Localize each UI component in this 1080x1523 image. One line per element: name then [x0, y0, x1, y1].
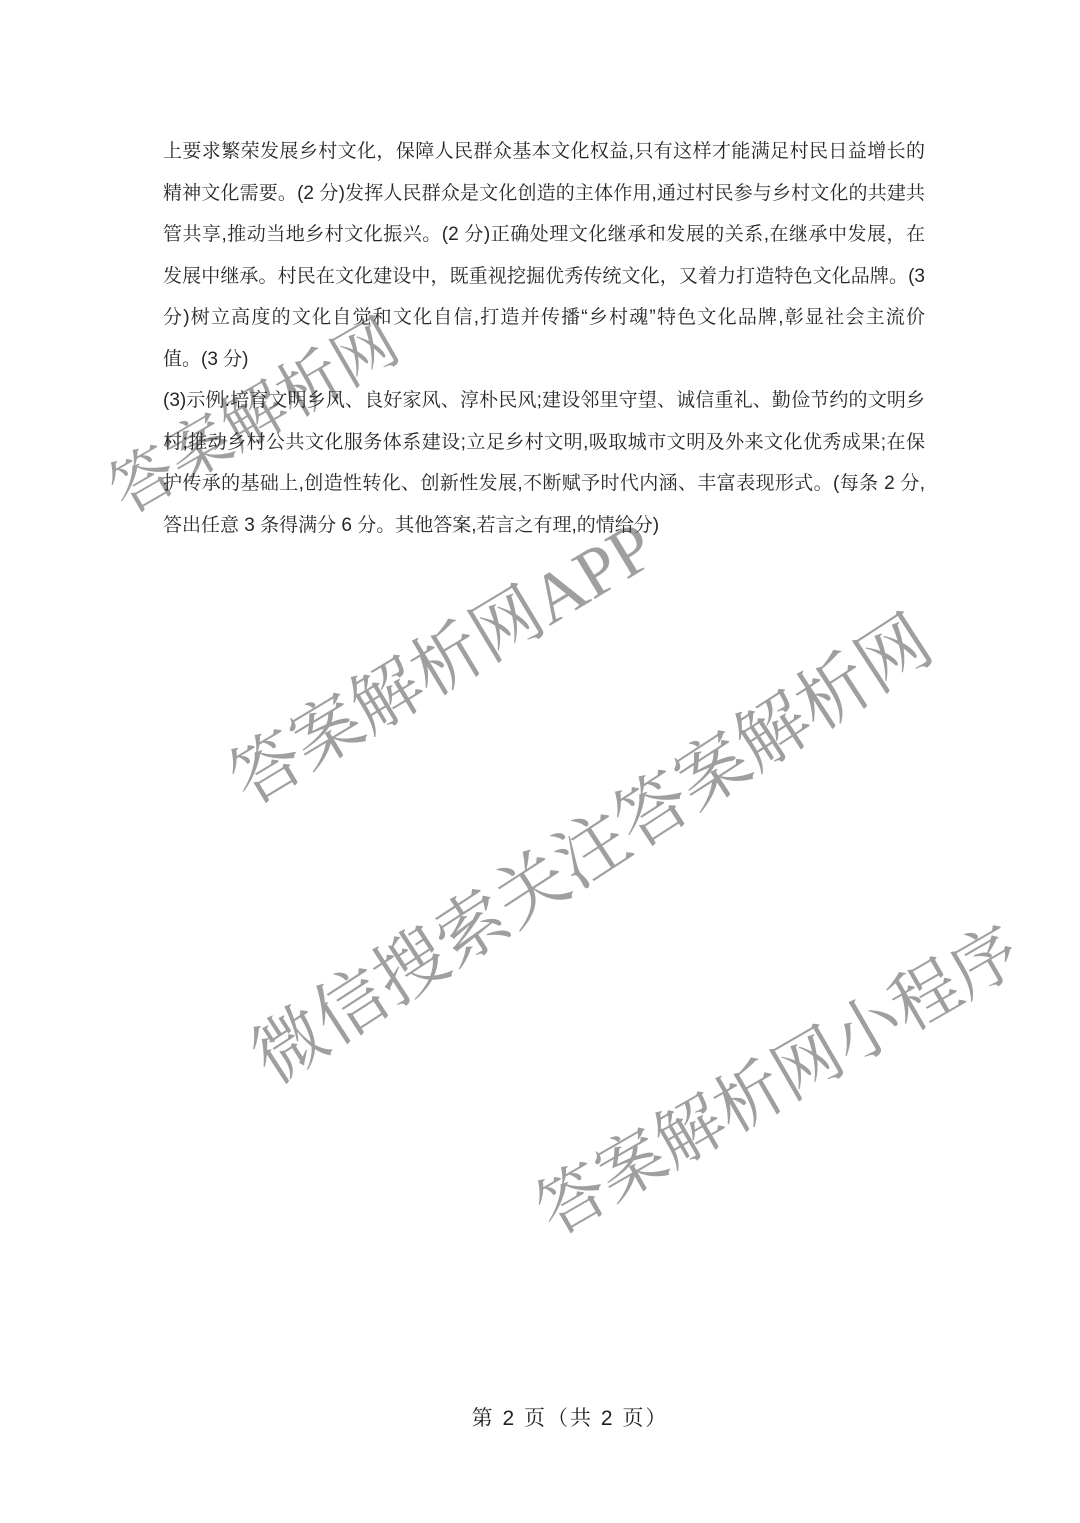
- answer-text-line: 值。(3 分): [163, 339, 925, 381]
- answer-text-line: 分)树立高度的文化自觉和文化自信,打造并传播“乡村魂”特色文化品牌,彰显社会主流…: [163, 297, 925, 339]
- answer-text-line: 护传承的基础上,创造性转化、创新性发展,不断赋予时代内涵、丰富表现形式。(每条 …: [163, 463, 925, 505]
- answer-text-line: 答出任意 3 条得满分 6 分。其他答案,若言之有理,的情给分): [163, 505, 925, 547]
- answer-text-line: 村;推动乡村公共文化服务体系建设;立足乡村文明,吸取城市文明及外来文化优秀成果;…: [163, 422, 925, 464]
- exam-answer-page: 答案解析网 答案解析网APP 微信搜索关注答案解析网 答案解析网小程序 上要求繁…: [0, 0, 1080, 1523]
- answer-text-block: 上要求繁荣发展乡村文化，保障人民群众基本文化权益,只有这样才能满足村民日益增长的…: [163, 131, 925, 546]
- answer-text-line: (3)示例:培育文明乡风、良好家风、淳朴民风;建设邻里守望、诚信重礼、勤俭节约的…: [163, 380, 925, 422]
- answer-text-line: 管共享,推动当地乡村文化振兴。(2 分)正确处理文化继承和发展的关系,在继承中发…: [163, 214, 925, 256]
- watermark-wechat-search-follow: 微信搜索关注答案解析网: [228, 585, 949, 1104]
- answer-text-line: 发展中继承。村民在文化建设中，既重视挖掘优秀传统文化，又着力打造特色文化品牌。(…: [163, 256, 925, 298]
- page-number: 第 2 页（共 2 页）: [30, 1402, 1080, 1432]
- watermark-mini-program: 答案解析网小程序: [516, 898, 1036, 1254]
- answer-text-line: 精神文化需要。(2 分)发挥人民群众是文化创造的主体作用,通过村民参与乡村文化的…: [163, 173, 925, 215]
- answer-text-line: 上要求繁荣发展乡村文化，保障人民群众基本文化权益,只有这样才能满足村民日益增长的: [163, 131, 925, 173]
